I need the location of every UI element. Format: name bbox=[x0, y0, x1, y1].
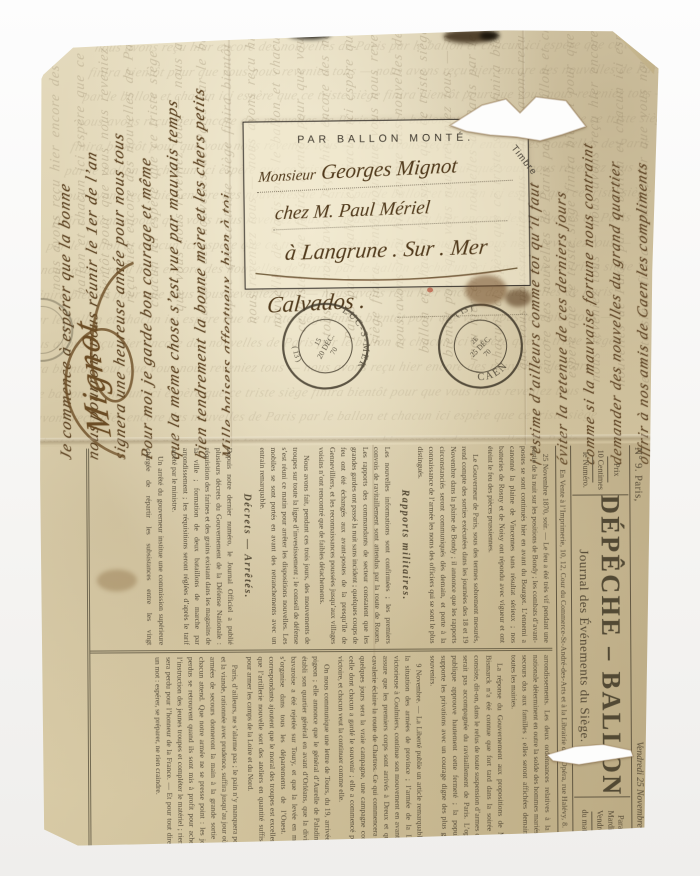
schedule-line: du matin. bbox=[579, 809, 590, 839]
svg-text:CAEN: CAEN bbox=[473, 358, 512, 387]
price-line: Prix bbox=[610, 463, 620, 476]
mini-rule bbox=[607, 457, 608, 483]
addressee-name: Georges Mignot bbox=[320, 153, 458, 184]
newspaper-paragraph: Nous avons fait, pendant ces trois jours… bbox=[257, 447, 314, 644]
edge-nick bbox=[652, 744, 666, 764]
brown-stain bbox=[465, 275, 507, 305]
postmark-dept: ( 13 ) bbox=[290, 344, 304, 364]
price-box: Prix 10 Centimes le Numéro. bbox=[572, 445, 628, 494]
address-line-care-of: chez M. Paul Mériel bbox=[273, 194, 510, 230]
newspaper-paragraph: On nous communique une lettre de Tours, … bbox=[244, 656, 334, 854]
newspaper-paragraph: 25 Novembre 1870, soir. — Le feu a été t… bbox=[485, 446, 553, 643]
newspaper-issue-number: N° 9. Paris, bbox=[632, 447, 643, 502]
newspaper-paragraph: Décrets — Arrêtés.Depuis notre dernier n… bbox=[169, 448, 255, 646]
section-heading: Décrets — Arrêtés. bbox=[238, 448, 254, 645]
newspaper-body-columns: 25 Novembre 1870, soir. — Le feu a été t… bbox=[86, 446, 558, 855]
ink-stain bbox=[480, 31, 500, 40]
postmark-town: CAEN bbox=[473, 358, 512, 387]
mini-rule bbox=[591, 812, 592, 838]
handwriting-line: demander des nouvelles du grand quartier bbox=[607, 34, 627, 465]
mini-rule bbox=[592, 457, 593, 483]
address-line-addressee: Monsieur Georges Mignot bbox=[257, 151, 515, 193]
partial-postmark-inner bbox=[17, 306, 65, 354]
ballon-monte-letter-sheet: nous avons reçu hier encore des nouvelle… bbox=[36, 26, 665, 846]
handwriting-line: offrir à nos amis de Caen les compliment… bbox=[634, 34, 654, 465]
paper-tear-top bbox=[444, 79, 594, 150]
newspaper-paragraph: Rapports militaires.Les nouvelles inform… bbox=[315, 447, 412, 645]
red-ink-dot bbox=[427, 287, 433, 292]
paper-tear-right bbox=[545, 742, 637, 769]
newspaper-subtitle: Journal des Événements du Siège. bbox=[576, 549, 593, 742]
newspaper-paragraph: Paris, d’ailleurs, ne s’alarme pas ; le … bbox=[152, 657, 242, 855]
schedule-line: Mardi & Vendredi bbox=[594, 798, 615, 852]
address-line-locality: à Langrune . Sur . Mer bbox=[284, 234, 489, 266]
honorific: Monsieur bbox=[258, 167, 317, 186]
schedule-box: Paraît Mardi & Vendredi du matin. bbox=[574, 797, 630, 851]
price-line: 10 Centimes bbox=[595, 450, 606, 490]
newspaper-paragraph: 9 Novembre. — La Liberté publie un artic… bbox=[336, 656, 426, 854]
schedule-line: Paraît bbox=[615, 815, 626, 834]
newspaper-paragraph: Le Gouverneur de Paris, sous des termes … bbox=[415, 446, 483, 643]
depeche-ballon-newspaper: N° 9. Paris, Vendredi 25 Novembre 1870 P… bbox=[55, 443, 647, 857]
brown-stain bbox=[505, 289, 531, 307]
price-line: le Numéro. bbox=[580, 452, 591, 488]
vendor-line: En Vente à l’Imprimerie, 10, 12, Cour du… bbox=[556, 444, 572, 854]
svg-text:( 13 ): ( 13 ) bbox=[290, 344, 304, 364]
handwriting-line: que la même chose s’est vue par mauvais … bbox=[164, 59, 184, 460]
handwriting-line: bien tendrement la bonne mère et les che… bbox=[191, 59, 211, 460]
newspaper-paragraph: La réponse du Gouvernement aux propositi… bbox=[427, 655, 506, 852]
section-heading: Rapports militaires. bbox=[396, 447, 412, 644]
photo-background: nous avons reçu hier encore des nouvelle… bbox=[0, 0, 700, 876]
